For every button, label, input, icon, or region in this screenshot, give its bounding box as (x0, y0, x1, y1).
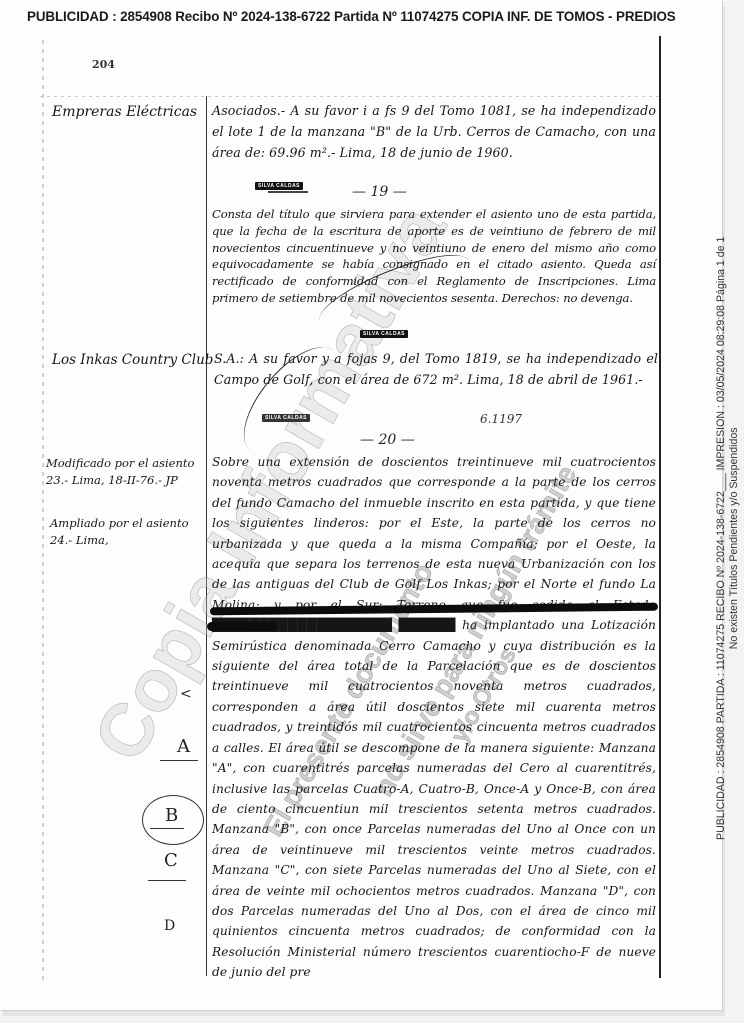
publicity-header: PUBLICIDAD : 2854908 Recibo Nº 2024-138-… (27, 9, 707, 24)
margin-note-ampliado: Ampliado por el asiento 24.- Lima, (50, 515, 200, 549)
margin-letter-a: A (177, 736, 190, 757)
print-side-stamp-line1: PUBLICIDAD : 2854908 PARTIDA : 11074275 … (715, 237, 727, 840)
redaction-bar-2 (207, 622, 277, 631)
margin-letter-b: B (165, 805, 178, 826)
margin-note-modified: Modificado por el asiento 23.- Lima, 18-… (46, 455, 196, 489)
right-border-rule (659, 36, 661, 978)
binding-margin-rule (42, 40, 44, 980)
entry-1-text: Asociados.- A su favor i a fs 9 del Tomo… (212, 100, 656, 163)
page-number: 204 (92, 58, 115, 71)
print-side-stamp-line2: No existen Títulos Pendientes y/o Suspen… (728, 237, 741, 840)
entry-inkas-margin-name: Los Inkas Country Club (52, 352, 213, 369)
margin-letter-c: C (164, 850, 178, 871)
entry-20-text: Sobre una extensión de doscientos treint… (212, 452, 656, 983)
section-number-20: — 20 — (360, 432, 415, 448)
margin-letter-d: D (164, 918, 175, 934)
entry-1-margin-name: Empreras Eléctricas (52, 104, 197, 121)
margin-arrow-mark: < (180, 686, 192, 702)
document-page: PUBLICIDAD : 2854908 Recibo Nº 2024-138-… (0, 0, 722, 1010)
margin-letter-c-underline (148, 880, 186, 881)
margin-letter-b-underline (150, 828, 184, 829)
print-side-stamp: PUBLICIDAD : 2854908 PARTIDA : 11074275 … (715, 237, 741, 840)
top-ruled-line (40, 96, 660, 97)
registrar-stamp-1: SILVA CALDAS (255, 182, 303, 190)
margin-letter-a-underline (160, 760, 198, 761)
registrar-stamp-3: SILVA CALDAS (262, 414, 310, 422)
annotation-number: 6.1197 (480, 412, 522, 426)
section-number-19: — 19 — (352, 184, 407, 200)
stamp-underline (268, 191, 308, 193)
registrar-stamp-2: SILVA CALDAS (360, 330, 408, 338)
column-divider (206, 96, 207, 976)
